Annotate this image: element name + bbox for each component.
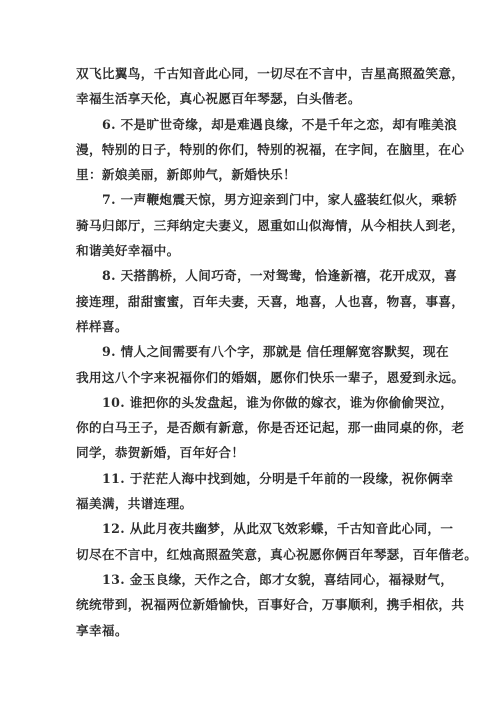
paragraph-12: 12. 从此月夜共幽梦，从此双飞效彩蝶，千古知音此心同，一 切尽在不言中，红烛高… [76,519,436,570]
document-page: 双飞比翼鸟，千古知音此心同，一切尽在不言中，吉星高照盈笑意， 幸福生活享天伦，真… [0,0,500,706]
text-line: 漫，特别的日子，特别的你们，特别的祝福，在字间，在脑里，在心 [76,140,436,165]
document-body: 双飞比翼鸟，千古知音此心同，一切尽在不言中，吉星高照盈笑意， 幸福生活享天伦，真… [76,64,436,646]
paragraph-10: 10. 谁把你的头发盘起，谁为你做的嫁衣，谁为你偷偷哭泣， 你的白马王子，是否颇… [76,393,436,469]
paragraph-11: 11. 于茫茫人海中找到她，分明是千年前的一段缘，祝你俩幸 福美满，共谱连理。 [76,469,436,520]
text-line: 我用这八个字来祝福你们的婚姻，愿你们快乐一辈子，恩爱到永远。 [76,368,436,393]
paragraph-13: 13. 金玉良缘，天作之合，郎才女貌，喜结同心，福禄财气， 统统带到，祝福两位新… [76,570,436,646]
text-line: 里：新娘美丽，新郎帅气，新婚快乐！ [76,165,436,190]
text-line: 13. 金玉良缘，天作之合，郎才女貌，喜结同心，福禄财气， [76,570,436,595]
text-line: 11. 于茫茫人海中找到她，分明是千年前的一段缘，祝你俩幸 [76,469,436,494]
paragraph-8: 8. 天搭鹊桥，人间巧奇，一对鸳鸯，恰逢新禧，花开成双，喜 接连理，甜甜蜜蜜，百… [76,266,436,342]
text-line: 10. 谁把你的头发盘起，谁为你做的嫁衣，谁为你偷偷哭泣， [76,393,436,418]
paragraph-9: 9. 情人之间需要有八个字，那就是 信任理解宽容默契，现在 我用这八个字来祝福你… [76,342,436,393]
text-line: 和谐美好幸福中。 [76,241,436,266]
paragraph-6: 6. 不是旷世奇缘，却是难遇良缘，不是千年之恋，却有唯美浪 漫，特别的日子，特别… [76,115,436,191]
text-line: 6. 不是旷世奇缘，却是难遇良缘，不是千年之恋，却有唯美浪 [76,115,436,140]
text-line: 你的白马王子，是否颇有新意，你是否还记起，那一曲同桌的你，老 [76,418,436,443]
text-line: 9. 情人之间需要有八个字，那就是 信任理解宽容默契，现在 [76,342,436,367]
text-line: 享幸福。 [76,621,436,646]
text-line: 7. 一声鞭炮震天惊，男方迎亲到门中，家人盛装红似火，乘轿 [76,190,436,215]
text-line: 幸福生活享天伦，真心祝愿百年琴瑟，白头偕老。 [76,89,436,114]
text-line: 12. 从此月夜共幽梦，从此双飞效彩蝶，千古知音此心同，一 [76,519,436,544]
text-line: 同学，恭贺新婚，百年好合！ [76,443,436,468]
text-line: 接连理，甜甜蜜蜜，百年夫妻，天喜，地喜，人也喜，物喜，事喜， [76,292,436,317]
text-line: 统统带到，祝福两位新婚愉快，百事好合，万事顺利，携手相依，共 [76,595,436,620]
text-line: 样样喜。 [76,317,436,342]
paragraph-continuation: 双飞比翼鸟，千古知音此心同，一切尽在不言中，吉星高照盈笑意， 幸福生活享天伦，真… [76,64,436,115]
text-line: 切尽在不言中，红烛高照盈笑意，真心祝愿你俩百年琴瑟，百年偕老。 [76,545,436,570]
paragraph-7: 7. 一声鞭炮震天惊，男方迎亲到门中，家人盛装红似火，乘轿 骑马归郎厅，三拜纳定… [76,190,436,266]
text-line: 骑马归郎厅，三拜纳定夫妻义，恩重如山似海情，从今相扶人到老， [76,216,436,241]
text-line: 福美满，共谱连理。 [76,494,436,519]
text-line: 双飞比翼鸟，千古知音此心同，一切尽在不言中，吉星高照盈笑意， [76,64,436,89]
text-line: 8. 天搭鹊桥，人间巧奇，一对鸳鸯，恰逢新禧，花开成双，喜 [76,266,436,291]
